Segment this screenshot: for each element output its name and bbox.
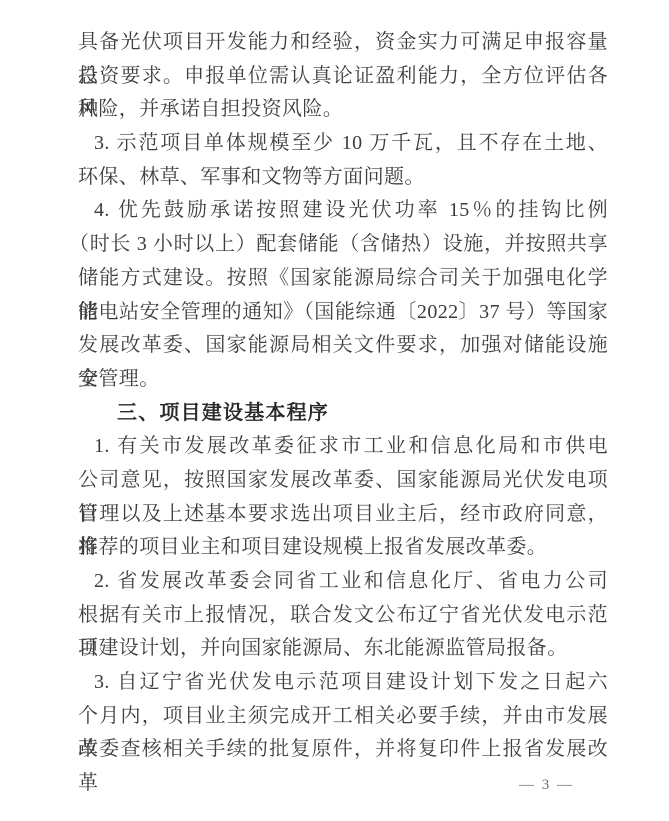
document-line: 全管理。 <box>78 363 608 397</box>
document-line: 投资要求。申报单位需认真论证盈利能力，全方位评估各种 <box>78 60 608 94</box>
document-line-item-3b: 3. 自辽宁省光伏发电示范项目建设计划下发之日起六 <box>78 666 608 700</box>
document-line-item-1: 1. 有关市发展改革委征求市工业和信息化局和市供电 <box>78 430 608 464</box>
document-line: 储能方式建设。按照《国家能源局综合司关于加强电化学储 <box>78 262 608 296</box>
document-line-item-4: 4. 优先鼓励承诺按照建设光伏功率 15％的挂钩比例 <box>78 194 608 228</box>
document-line: 发展改革委、国家能源局相关文件要求，加强对储能设施安 <box>78 329 608 363</box>
page-number: — 3 — <box>519 774 574 796</box>
document-line: 革委查核相关手续的批复原件，并将复印件上报省发展改革 <box>78 733 608 767</box>
document-text-block: 具备光伏项目开发能力和经验，资金实力可满足申报容量总 投资要求。申报单位需认真论… <box>78 26 608 767</box>
section-heading: 三、项目建设基本程序 <box>78 397 608 431</box>
document-line-item-3: 3. 示范项目单体规模至少 10 万千瓦，且不存在土地、 <box>78 127 608 161</box>
document-line-item-2: 2. 省发展改革委会同省工业和信息化厅、省电力公司 <box>78 565 608 599</box>
document-page: 具备光伏项目开发能力和经验，资金实力可满足申报容量总 投资要求。申报单位需认真论… <box>0 0 669 821</box>
document-line: （时长 3 小时以上）配套储能（含储热）设施，并按照共享 <box>69 228 608 262</box>
document-line: 公司意见，按照国家发展改革委、国家能源局光伏发电项目 <box>78 464 608 498</box>
document-line: 环保、林草、军事和文物等方面问题。 <box>78 161 608 195</box>
document-line: 具备光伏项目开发能力和经验，资金实力可满足申报容量总 <box>78 26 608 60</box>
document-line: 根据有关市上报情况，联合发文公布辽宁省光伏发电示范项 <box>78 599 608 633</box>
document-line: 个月内，项目业主须完成开工相关必要手续，并由市发展改 <box>78 700 608 734</box>
document-line: 能电站安全管理的通知》（国能综通〔2022〕37 号）等国家 <box>78 296 608 330</box>
document-line: 管理以及上述基本要求选出项目业主后，经市政府同意，将 <box>78 498 608 532</box>
document-line: 目建设计划，并向国家能源局、东北能源监管局报备。 <box>78 632 608 666</box>
document-line: 推荐的项目业主和项目建设规模上报省发展改革委。 <box>78 531 608 565</box>
document-line: 风险，并承诺自担投资风险。 <box>78 93 608 127</box>
